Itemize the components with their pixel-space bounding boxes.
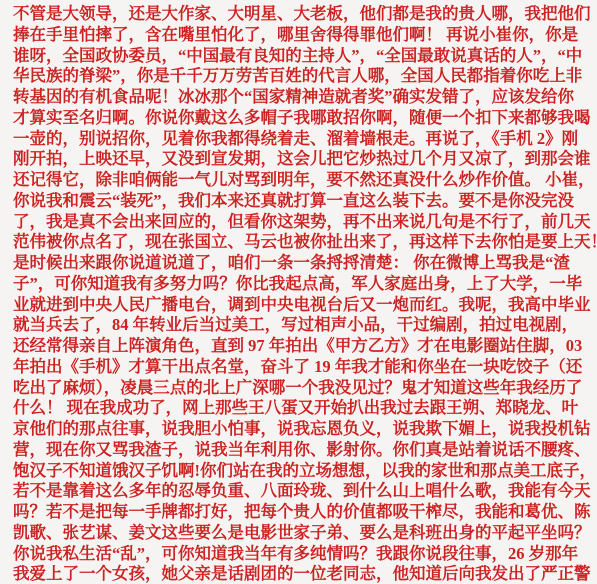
text-line: 吃出了麻烦），凌晨三点的北上广深哪一个我没见过？鬼才知道这些年我经历了	[13, 378, 585, 399]
text-line: 我爱上了一个女孩，她父亲是话剧团的一位老同志，他知道后向我发出了严正警	[13, 564, 585, 584]
text-line: 京他们的那点往事，说我胆小怕事，说我忘恩负义，说我欺下媚上，说我投机钻	[13, 419, 585, 440]
text-line: 范伟被你点名了，现在张国立、马云也被你扯出来了，再这样下去你怕是要上天！	[13, 232, 585, 253]
text-line: 凯歌、张艺谋、姜文这些要么是电影世家子弟、要么是科班出身的平起平坐吗？	[13, 523, 585, 544]
text-line: 了，我是真不会出来回应的，但看你这架势，再不出来说几句是不行了，前几天	[13, 212, 585, 233]
text-line: 若不是靠着这么多年的忍辱负重、八面玲珑、到什么山上唱什么歌，我能有今天	[13, 481, 585, 502]
text-line: 还经常得亲自上阵演角色，直到 97 年拍出《甲方乙方》才在电影圈站住脚，03	[13, 336, 585, 357]
text-line: 子”，可你知道我有多努力吗？你比我起点高，军人家庭出身，上了大学，一毕	[13, 274, 585, 295]
text-line: 捧在手里怕摔了，含在嘴里怕化了，哪里舍得得罪他们啊！ 再说小崔你，你是	[13, 25, 585, 46]
text-line: 就当兵去了，84 年转业后当过美工，写过相声小品，干过编剧，拍过电视剧，	[13, 315, 585, 336]
text-line: 谁呀，全国政协委员，“中国最有良知的主持人”，“全国最敢说真话的人”，“中	[13, 46, 585, 67]
text-line: 转基因的有机食品呢！冰冰那个“国家精神造就者奖”确实发错了，应该发给你	[13, 87, 585, 108]
text-line: 才算实至名归啊。你说你戴这么多帽子我哪敢招你啊，随便一个扣下来都够我喝	[13, 108, 585, 129]
text-line: 一壶的，别说招你，见着你我都得绕着走、溜着墙根走。再说了，《手机 2》刚	[13, 129, 585, 150]
text-line: 刚开拍，上映还早，又没到宣发期，这会儿把它炒热过几个月又凉了，到那会谁	[13, 149, 585, 170]
letter-text-page: 不管是大领导，还是大作家、大明星、大老板，他们都是我的贵人哪，我把他们 捧在手里…	[0, 0, 597, 584]
text-line: 什么！ 现在我成功了，网上那些王八蛋又开始扒出我过去跟王朔、郑晓龙、叶	[13, 398, 585, 419]
text-line: 吗？若不是把每一手牌都打好，把每个贵人的价值都吸干榨尽，我能和葛优、陈	[13, 502, 585, 523]
text-line: 华民族的脊梁”，你是千千万万劳苦百姓的代言人哪，全国人民都指着你吃上非	[13, 66, 585, 87]
text-line: 营，现在你又骂我渣子，说我当年利用你、影射你。你们真是站着说话不腰疼、	[13, 440, 585, 461]
text-line: 是时候出来跟你说道说道了，咱们一条一条捋捋清楚： 你在微博上骂我是“渣	[13, 253, 585, 274]
text-line: 业就进到中央人民广播电台，调到中央电视台后又一炮而红。我呢，我高中毕业	[13, 295, 585, 316]
text-line: 不管是大领导，还是大作家、大明星、大老板，他们都是我的贵人哪，我把他们	[13, 4, 585, 25]
text-line: 年拍出《手机》才算干出点名堂，奋斗了 19 年我才能和你坐在一块吃饺子（还	[13, 357, 585, 378]
text-line: 饱汉子不知道饿汉子饥啊!你们站在我的立场想想，以我的家世和那点美工底子，	[13, 461, 585, 482]
text-line: 你说我私生活“乱”，可你知道我当年有多纯情吗？我跟你说段往事，26 岁那年	[13, 544, 585, 565]
text-line: 还记得它，除非咱俩能一气儿对骂到明年，要不然还真没什么炒作价值。 小崔，	[13, 170, 585, 191]
text-line: 你说我和震云“装死”，我们本来还真就打算一直这么装下去。要不是你没完没	[13, 191, 585, 212]
